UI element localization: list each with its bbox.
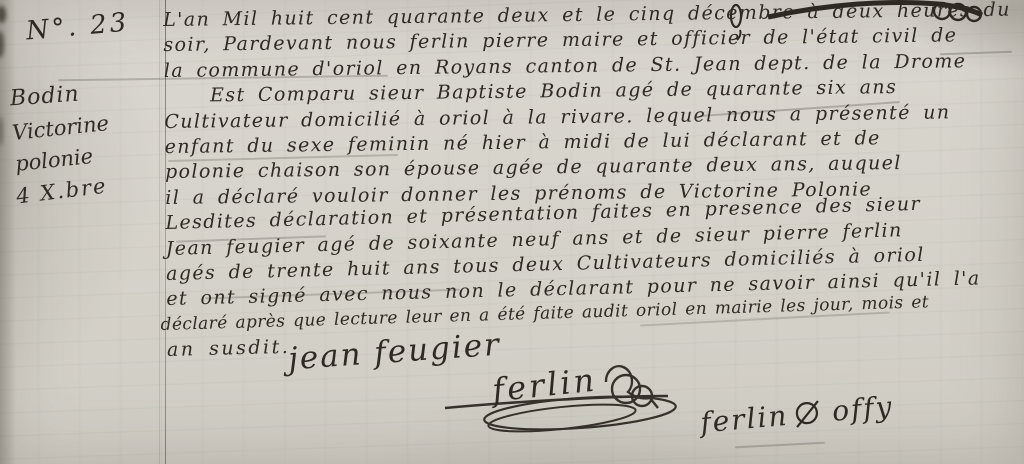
signature-officer-title: offy [831,390,895,428]
signature-mayor: ferlin [490,361,599,410]
body-text: L'an Mil huit cent quarante deux et le c… [163,0,1024,364]
signature-officer: ferlin offy [699,390,895,440]
document-page: N°. 23 Bodin Victorine polonie 4 X.bre L… [0,0,1024,464]
margin-rule [159,0,160,464]
margin-name-line: polonie [14,144,94,176]
record-number: N°. 23 [25,8,131,47]
ink-paraph [791,396,824,430]
paper-edge-shading [0,0,16,464]
margin-name-line: Bodin [9,82,80,112]
ink-stroke [735,442,825,449]
margin-date-note: 4 X.bre [15,174,109,209]
signature-officer-name: ferlin [699,399,790,440]
margin-name-line: Victorine [11,111,110,145]
